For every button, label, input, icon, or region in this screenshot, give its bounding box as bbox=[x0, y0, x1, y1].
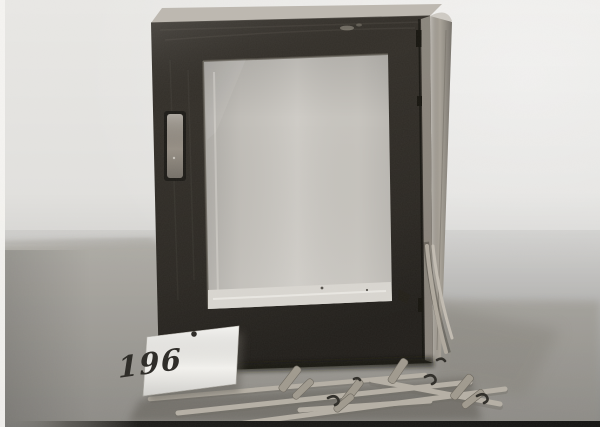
film-grain bbox=[0, 0, 600, 427]
archival-photograph: 196 bbox=[0, 0, 600, 427]
photo-canvas: 196 bbox=[0, 0, 600, 427]
